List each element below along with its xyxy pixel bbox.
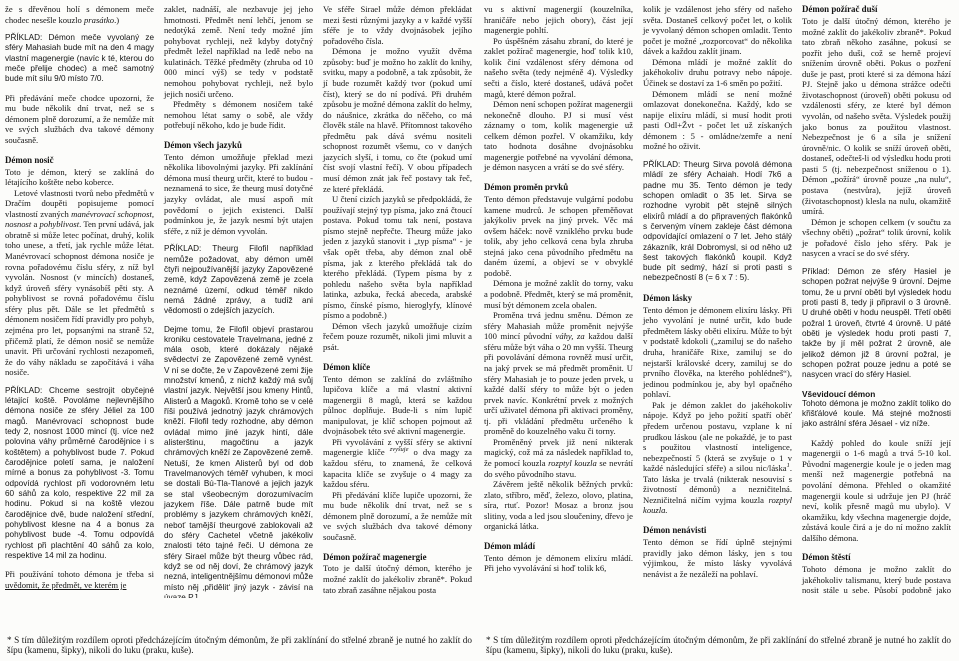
paragraph: Démonem mládí se není možné omlazovat do… xyxy=(643,89,792,152)
paragraph: Tento démon představuje vulgární podobu … xyxy=(484,194,633,279)
section-heading: Démon lásky xyxy=(643,293,792,304)
paragraph: Proměněný prvek již není nikterak magick… xyxy=(484,437,633,479)
section-heading: Démon mládí xyxy=(484,541,633,552)
section-heading: Démon štěstí xyxy=(802,552,951,563)
example-block: PŘÍKLAD: Theurg Filofil například nemůže… xyxy=(164,244,313,316)
text-column-3: Ve sféře Sirael může démon překládat mez… xyxy=(323,4,472,598)
paragraph: Pak je démon zaklet do jakéhokoliv nápoj… xyxy=(643,400,792,516)
page-spread: že s dřevěnou holí s démonem meče chodec… xyxy=(0,0,959,661)
paragraph: Démona je možno využít dvěma způsoby: bu… xyxy=(323,46,472,194)
paragraph: Při používání tohoto démona je třeba si … xyxy=(5,569,154,590)
paragraph: Předměty s démonem nosičem také nemohou … xyxy=(164,99,313,131)
paragraph: že s dřevěnou holí s démonem meče chodec… xyxy=(5,4,154,25)
paragraph: kolik je vzdálenost jeho sféry od našeho… xyxy=(643,4,792,57)
paragraph: Toto je další útočný démon, kterého je m… xyxy=(802,16,951,217)
paragraph: Při vyvolávání z vyšší sféry se aktivní … xyxy=(323,437,472,490)
footnote: * S tím důležitým rozdílem oproti předch… xyxy=(7,635,472,656)
paragraph: Tento démon je démonem elixíru mládí. Př… xyxy=(484,553,633,574)
text-column-1: vu s aktivní magenergií (kouzelníka, hra… xyxy=(484,4,633,598)
page-2: vu s aktivní magenergií (kouzelníka, hra… xyxy=(479,0,958,661)
paragraph: Tento démon se řídí úplně stejnými pravi… xyxy=(643,537,792,579)
paragraph: Tohoto démona je možno zaklít do jakéhok… xyxy=(802,564,951,598)
section-heading: Démon nosič xyxy=(5,155,154,166)
example-block: Dejme tomu, že Filofil objeví prastarou … xyxy=(164,325,313,599)
paragraph: Každý pohled do koule sníží její magener… xyxy=(802,438,951,544)
text-column-3: Démon požírač dušíToto je další útočný d… xyxy=(802,4,951,598)
paragraph: Letové vlastnosti tvorů nebo předmětů v … xyxy=(5,188,154,378)
paragraph: Tento démon umožňuje překlad mezi několi… xyxy=(164,152,313,237)
section-heading: Démon klíče xyxy=(323,362,472,373)
section-heading: Démon požírač duší xyxy=(802,4,951,15)
paragraph: Ve sféře Sirael může démon překládat mez… xyxy=(323,4,472,46)
example-block: PŘÍKLAD: Démon meče vyvolaný ze sféry Ma… xyxy=(5,33,154,85)
paragraph: Proměna trvá jednu směnu. Démon ze sféry… xyxy=(484,310,633,437)
section-heading: Démon všech jazyků xyxy=(164,140,313,151)
paragraph: Závěrem ještě několik běžných prvků: zla… xyxy=(484,479,633,532)
paragraph: Démona mládí je možné zaklít do jakéhoko… xyxy=(643,57,792,89)
example-block: PŘÍKLAD: Chceme sestrojit obyčejné létaj… xyxy=(5,386,154,562)
example-block: Tohoto démona je možno zaklít toliko do … xyxy=(802,399,951,430)
paragraph: Tento démon je démonem elixíru lásky. Př… xyxy=(643,305,792,400)
paragraph: Při předávání klíče lupiče upozorni, že … xyxy=(323,490,472,543)
section-heading: Démon nenávisti xyxy=(643,525,792,536)
text-column-2: kolik je vzdálenost jeho sféry od našeho… xyxy=(643,4,792,598)
paragraph: Démon všech jazyků umožňuje cizím řečem … xyxy=(323,321,472,353)
paragraph: Po úspěšném zásahu zbraní, do které je z… xyxy=(484,36,633,99)
paragraph: Démon není schopen požírat magenergii ne… xyxy=(484,99,633,173)
paragraph: Tento démon se zaklíná do zvláštního lup… xyxy=(323,374,472,437)
section-heading: Démon požírač magenergie xyxy=(323,552,472,563)
footnote: * S tím důležitým rozdílem oproti předch… xyxy=(486,635,951,656)
text-column-2: zaklet, nadnáší, ale nezbavuje jej jeho … xyxy=(164,4,313,598)
paragraph: U čtení cizích jazyků se předpokládá, že… xyxy=(323,194,472,321)
paragraph: vu s aktivní magenergií (kouzelníka, hra… xyxy=(484,4,633,36)
example-block: PŘÍKLAD: Theurg Sirva povolá démona mlád… xyxy=(643,160,792,284)
paragraph: Toto je démon, který se zaklíná do létaj… xyxy=(5,167,154,188)
section-heading: Démon proměn prvků xyxy=(484,182,633,193)
paragraph: Toto je další útočný démon, kterého je m… xyxy=(323,563,472,595)
paragraph: Démon je schopen celkem (v součtu za vše… xyxy=(802,217,951,259)
paragraph: Při předávání meče chodce upozorni, že m… xyxy=(5,93,154,146)
paragraph: Démona je možné zaklít do torny, vaku a … xyxy=(484,278,633,310)
page-1: že s dřevěnou holí s démonem meče chodec… xyxy=(0,0,479,661)
example-block: Příklad: Démon ze sféry Hasiel je schope… xyxy=(802,267,951,381)
paragraph: zaklet, nadnáší, ale nezbavuje jej jeho … xyxy=(164,4,313,99)
text-column-1: že s dřevěnou holí s démonem meče chodec… xyxy=(5,4,154,598)
page-columns: vu s aktivní magenergií (kouzelníka, hra… xyxy=(479,0,958,598)
page-columns: že s dřevěnou holí s démonem meče chodec… xyxy=(0,0,479,598)
section-heading: Vševidoucí démon xyxy=(802,389,951,399)
